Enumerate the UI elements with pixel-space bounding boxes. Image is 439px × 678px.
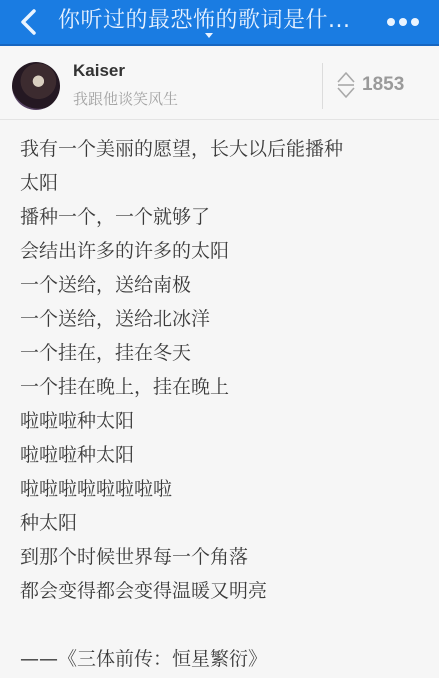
answer-line: 一个挂在，挂在冬天 bbox=[20, 336, 425, 370]
blank-line bbox=[20, 608, 425, 642]
vote-up-down-icon bbox=[336, 71, 356, 99]
answer-line: 啦啦啦啦啦啦啦啦 bbox=[20, 472, 425, 506]
answer-line: 一个送给，送给北冰洋 bbox=[20, 302, 425, 336]
answer-content: 我有一个美丽的愿望，长大以后能播种 太阳 播种一个，一个就够了 会结出许多的许多… bbox=[20, 132, 425, 676]
vote-button[interactable]: 1853 bbox=[336, 70, 404, 100]
answer-line: 都会变得都会变得温暖又明亮 bbox=[20, 574, 425, 608]
source-citation: ——《三体前传：恒星繁衍》 bbox=[20, 642, 425, 676]
divider bbox=[322, 63, 323, 109]
author-name[interactable]: Kaiser bbox=[73, 61, 125, 81]
answer-line: 播种一个，一个就够了 bbox=[20, 200, 425, 234]
answer-line: 啦啦啦种太阳 bbox=[20, 404, 425, 438]
back-button[interactable] bbox=[18, 8, 40, 36]
avatar[interactable] bbox=[12, 62, 60, 110]
answer-line: 一个送给，送给南极 bbox=[20, 268, 425, 302]
answer-line: 太阳 bbox=[20, 166, 425, 200]
question-title[interactable]: 你听过的最恐怖的歌词是什... bbox=[58, 7, 368, 35]
answer-line: 会结出许多的许多的太阳 bbox=[20, 234, 425, 268]
caret-down-icon[interactable] bbox=[205, 33, 213, 38]
answer-line: 到那个时候世界每一个角落 bbox=[20, 540, 425, 574]
more-options-button[interactable] bbox=[383, 12, 423, 32]
answer-line: 我有一个美丽的愿望，长大以后能播种 bbox=[20, 132, 425, 166]
chevron-left-icon bbox=[18, 8, 40, 36]
author-bio: 我跟他谈笑风生 bbox=[73, 88, 178, 109]
answer-line: 一个挂在晚上，挂在晚上 bbox=[20, 370, 425, 404]
more-dot-icon bbox=[399, 18, 407, 26]
vote-count: 1853 bbox=[362, 74, 404, 96]
more-dot-icon bbox=[387, 18, 395, 26]
more-dot-icon bbox=[411, 18, 419, 26]
answer-line: 种太阳 bbox=[20, 506, 425, 540]
answer-line: 啦啦啦种太阳 bbox=[20, 438, 425, 472]
top-navigation-bar: 你听过的最恐怖的歌词是什... bbox=[0, 0, 439, 46]
